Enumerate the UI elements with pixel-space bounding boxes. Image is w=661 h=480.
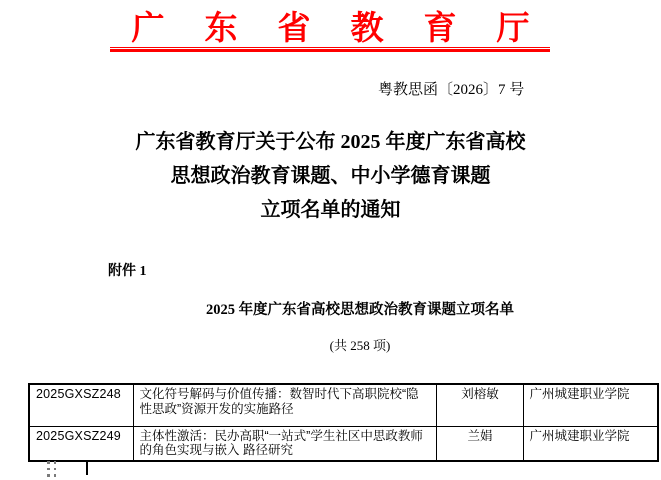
table-row: 2025GXSZ248 文化符号解码与价值传播：数智时代下高职院校“隐性思政”资… (29, 384, 658, 426)
attachment-title: 2025 年度广东省高校思想政治教育课题立项名单 (60, 298, 660, 319)
institution-cell[interactable]: 广州城建职业学院 (523, 384, 658, 426)
project-code-cell[interactable]: 2025GXSZ248 (29, 384, 133, 426)
text-cursor-caret (86, 461, 88, 475)
topic-cell[interactable]: 文化符号解码与价值传播：数智时代下高职院校“隐性思政”资源开发的实施路径 (133, 384, 436, 426)
leader-cell[interactable]: 刘榕敏 (436, 384, 523, 426)
institution-cell[interactable]: 广州城建职业学院 (523, 426, 658, 461)
notice-title-line-3: 立项名单的通知 (0, 193, 661, 227)
agency-letterhead-title: 广东省教育厅 (20, 2, 661, 49)
document-page: 广东省教育厅 粤教思函〔2026〕7 号 广东省教育厅关于公布 2025 年度广… (0, 0, 661, 480)
attachment-count-note: (共 258 项) (60, 335, 660, 354)
letterhead-divider-rule (110, 47, 550, 52)
notice-title-line-1: 广东省教育厅关于公布 2025 年度广东省高校 (0, 125, 661, 159)
divider-thick-line (110, 49, 550, 52)
table-drag-handle-icon[interactable] (47, 461, 56, 477)
notice-title-line-2: 思想政治教育课题、中小学德育课题 (0, 159, 661, 193)
topic-cell[interactable]: 主体性激活：民办高职“一站式”学生社区中思政教师的角色实现与嵌入 路径研究 (133, 426, 436, 461)
project-code-cell[interactable]: 2025GXSZ249 (29, 426, 133, 461)
document-number: 粤教思函〔2026〕7 号 (378, 78, 524, 99)
grant-list-table: 2025GXSZ248 文化符号解码与价值传播：数智时代下高职院校“隐性思政”资… (28, 383, 659, 462)
leader-cell[interactable]: 兰娟 (436, 426, 523, 461)
table-row: 2025GXSZ249 主体性激活：民办高职“一站式”学生社区中思政教师的角色实… (29, 426, 658, 461)
divider-thin-line (110, 47, 550, 48)
notice-title: 广东省教育厅关于公布 2025 年度广东省高校 思想政治教育课题、中小学德育课题… (0, 125, 661, 227)
attachment-label: 附件 1 (108, 260, 147, 280)
